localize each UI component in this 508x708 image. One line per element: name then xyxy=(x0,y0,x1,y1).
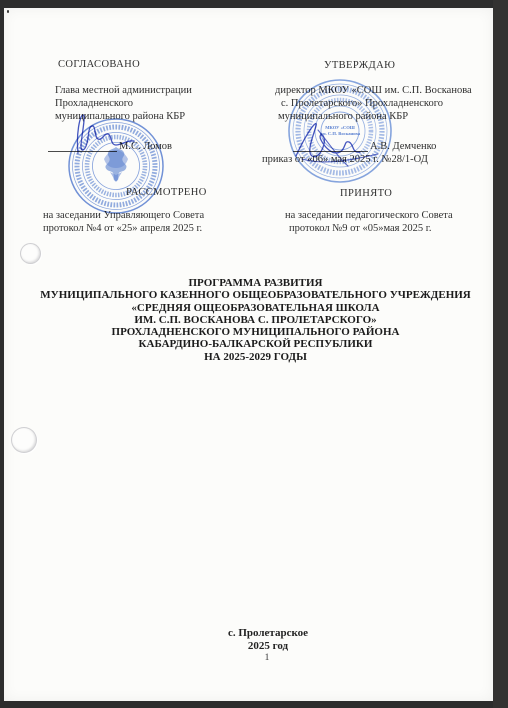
reviewed-line: протокол №4 от «25» апреля 2025 г. xyxy=(43,222,202,235)
punch-hole-top xyxy=(20,243,41,264)
agreed-signature-ink-icon xyxy=(68,103,148,158)
agreed-heading: СОГЛАСОВАНО xyxy=(58,58,140,71)
title-line: КАБАРДИНО-БАЛКАРСКОЙ РЕСПУБЛИКИ xyxy=(28,338,483,350)
approved-signature-ink-icon xyxy=(288,112,388,170)
title-line: ПРОХЛАДНЕНСКОГО МУНИЦИПАЛЬНОГО РАЙОНА xyxy=(28,326,483,338)
scan-border-top xyxy=(0,0,508,8)
title-line: ИМ. С.П. ВОСКАНОВА С. ПРОЛЕТАРСКОГО» xyxy=(28,314,483,326)
scan-speck xyxy=(7,10,9,13)
approved-heading: УТВЕРЖДАЮ xyxy=(324,59,395,72)
accepted-heading: ПРИНЯТО xyxy=(340,187,392,200)
footer-place: с. Пролетарское xyxy=(168,627,368,639)
agreed-body-line: Глава местной администрации xyxy=(55,84,192,97)
footer-year: 2025 год xyxy=(168,640,368,652)
document-title: ПРОГРАММА РАЗВИТИЯ МУНИЦИПАЛЬНОГО КАЗЕНН… xyxy=(28,277,483,363)
page-number: 1 xyxy=(167,653,367,663)
scanned-document-page: СОГЛАСОВАНО Глава местной администрации … xyxy=(0,0,508,708)
accepted-line: на заседании педагогического Совета xyxy=(285,209,453,222)
title-line: ПРОГРАММА РАЗВИТИЯ xyxy=(28,277,483,289)
title-line: НА 2025-2029 ГОДЫ xyxy=(28,351,483,363)
scan-border-bottom xyxy=(0,701,508,708)
title-line: «СРЕДНЯЯ ОЩЕОБРАЗОВАТЕЛЬНАЯ ШКОЛА xyxy=(28,302,483,314)
scan-border-left xyxy=(0,0,4,708)
accepted-line: протокол №9 от «05»мая 2025 г. xyxy=(289,222,432,235)
scan-border-right xyxy=(493,0,508,708)
title-line: МУНИЦИПАЛЬНОГО КАЗЕННОГО ОБЩЕОБРАЗОВАТЕЛ… xyxy=(28,289,483,301)
punch-hole-bottom xyxy=(11,427,37,453)
